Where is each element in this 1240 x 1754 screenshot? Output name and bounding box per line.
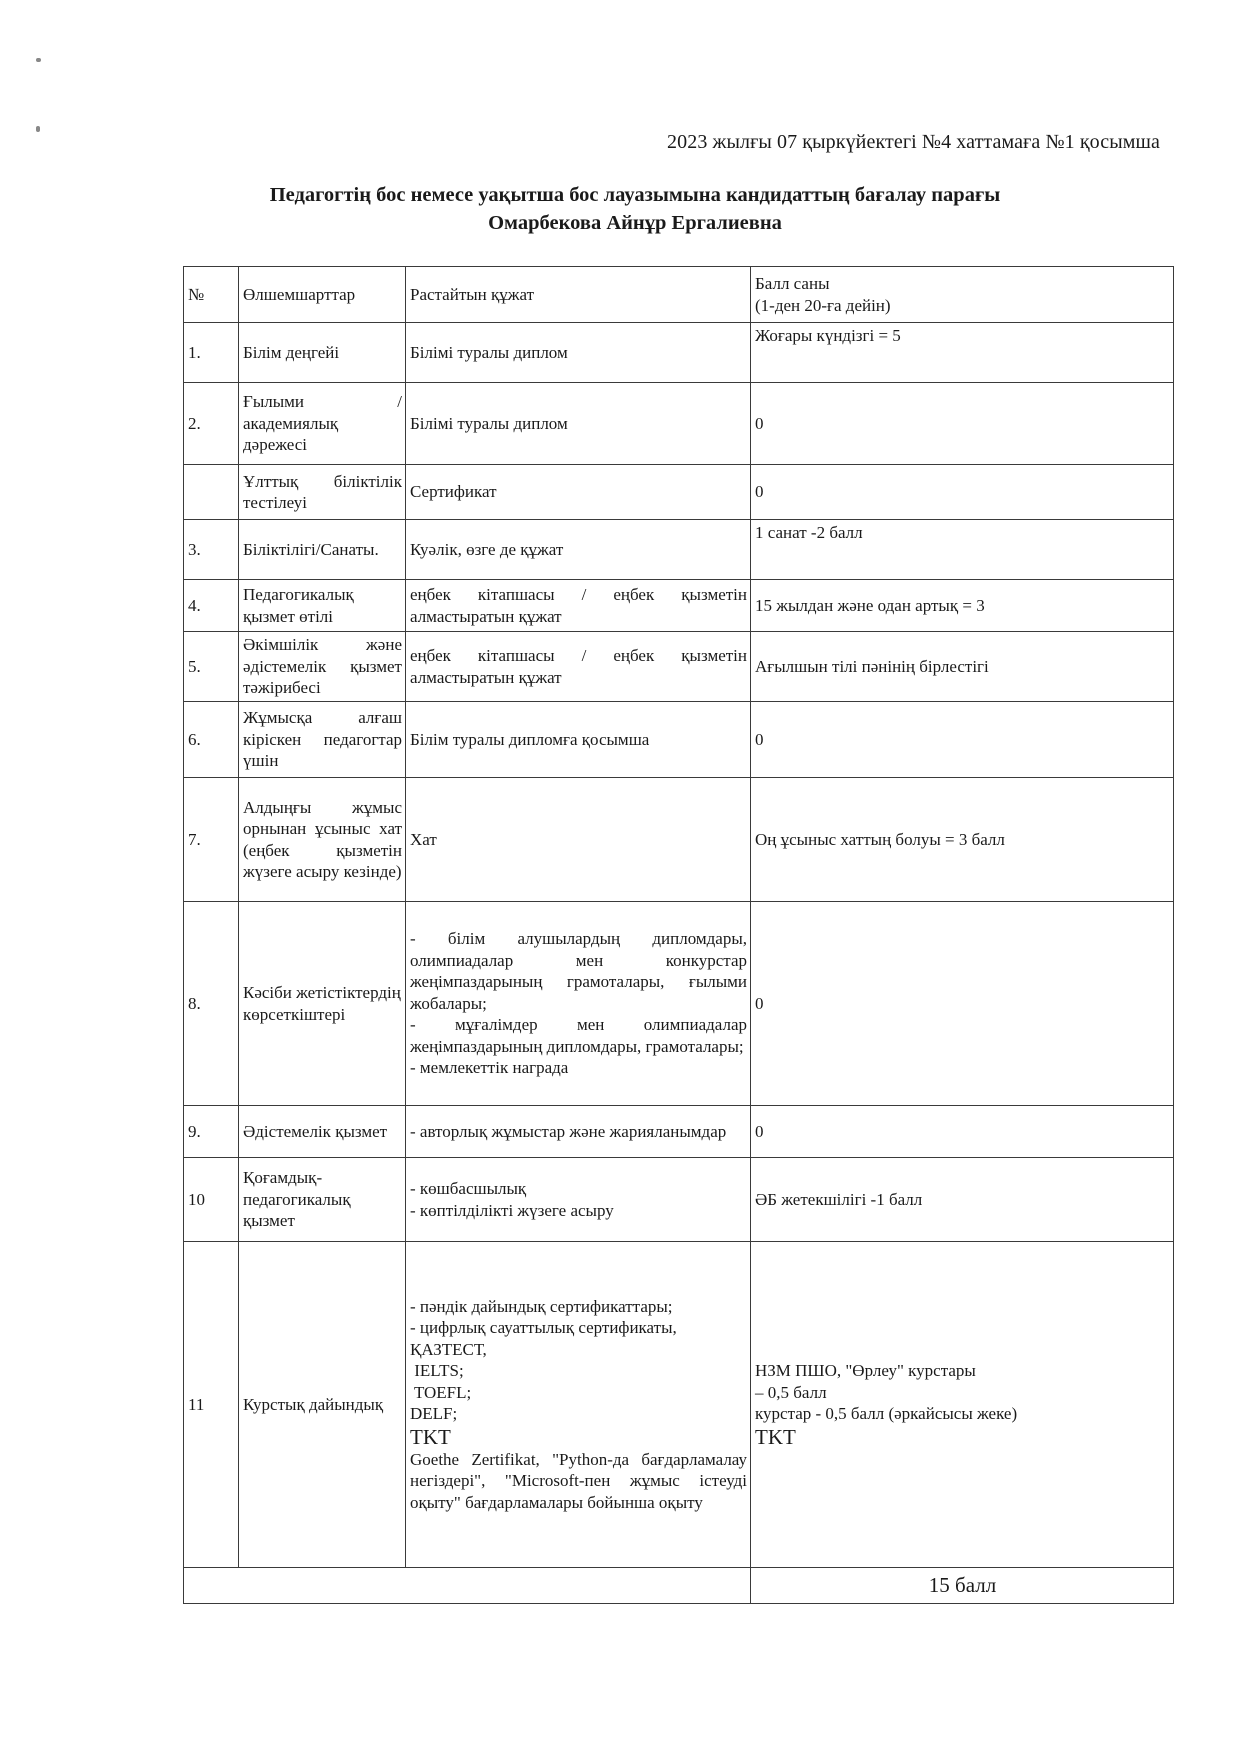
total-score: 15 балл — [751, 1568, 1174, 1604]
row-num: 11 — [184, 1242, 239, 1568]
row-document: Білімі туралы диплом — [406, 323, 751, 383]
table-row: 6. Жұмысқа алғаш кіріскен педагогтар үші… — [184, 702, 1174, 778]
row-criteria: Әкімшілік және әдістемелік қызмет тәжіри… — [239, 632, 406, 702]
table-row: 2. Ғылыми / академиялық дәрежесі Білімі … — [184, 383, 1174, 465]
row-criteria: Алдыңғы жұмыс орнынан ұсыныс хат (еңбек … — [239, 778, 406, 902]
header-criteria: Өлшемшарттар — [239, 267, 406, 323]
table-row: 11 Курстық дайындық - пәндік дайындық се… — [184, 1242, 1174, 1568]
row-num: 2. — [184, 383, 239, 465]
table-row: 1. Білім деңгейі Білімі туралы диплом Жо… — [184, 323, 1174, 383]
row-criteria: Біліктілігі/Санаты. — [239, 520, 406, 580]
annex-reference: 2023 жылғы 07 қыркүйектегі №4 хаттамаға … — [470, 131, 1160, 154]
row-document: еңбек кітапшасы / еңбек қызметін алмасты… — [406, 580, 751, 632]
evaluation-table: № Өлшемшарттар Растайтын құжат Балл саны… — [183, 266, 1174, 1604]
scan-mark — [36, 58, 41, 62]
row-num: 9. — [184, 1106, 239, 1158]
row-criteria: Қоғамдық-педагогикалық қызмет — [239, 1158, 406, 1242]
candidate-name: Омарбекова Айнұр Ергалиевна — [180, 209, 1090, 237]
row-document: Сертификат — [406, 465, 751, 520]
row-num: 6. — [184, 702, 239, 778]
row-score: НЗМ ПШО, "Өрлеу" курстары – 0,5 балл кур… — [751, 1242, 1174, 1568]
row-score: 1 санат -2 балл — [751, 520, 1174, 580]
total-label-cell — [184, 1568, 751, 1604]
table-row: 7. Алдыңғы жұмыс орнынан ұсыныс хат (еңб… — [184, 778, 1174, 902]
row-document: - білім алушылардың дипломдары, олимпиад… — [406, 902, 751, 1106]
table-row: 8. Кәсіби жетістіктердің көрсеткіштері -… — [184, 902, 1174, 1106]
row-criteria: Әдістемелік қызмет — [239, 1106, 406, 1158]
row-criteria: Ғылыми / академиялық дәрежесі — [239, 383, 406, 465]
row-criteria: Курстық дайындық — [239, 1242, 406, 1568]
row-num: 8. — [184, 902, 239, 1106]
scan-mark — [36, 126, 40, 132]
page-title: Педагогтің бос немесе уақытша бос лауазы… — [180, 181, 1090, 237]
row-num: 7. — [184, 778, 239, 902]
table-row: 4. Педагогикалық қызмет өтілі еңбек кіта… — [184, 580, 1174, 632]
header-document: Растайтын құжат — [406, 267, 751, 323]
row-criteria: Педагогикалық қызмет өтілі — [239, 580, 406, 632]
row-score: 0 — [751, 702, 1174, 778]
row-num: 3. — [184, 520, 239, 580]
row-num — [184, 465, 239, 520]
row-score: Жоғары күндізгі = 5 — [751, 323, 1174, 383]
row-num: 5. — [184, 632, 239, 702]
row-document: - көшбасшылық - көптілділікті жүзеге асы… — [406, 1158, 751, 1242]
table-row: 9. Әдістемелік қызмет - авторлық жұмыста… — [184, 1106, 1174, 1158]
table-row: 3. Біліктілігі/Санаты. Куәлік, өзге де қ… — [184, 520, 1174, 580]
row-criteria: Ұлттық біліктілік тестілеуі — [239, 465, 406, 520]
row-num: 4. — [184, 580, 239, 632]
row-document: Білімі туралы диплом — [406, 383, 751, 465]
header-num: № — [184, 267, 239, 323]
row-document: еңбек кітапшасы / еңбек қызметін алмасты… — [406, 632, 751, 702]
row-document: - пәндік дайындық сертификаттары; - цифр… — [406, 1242, 751, 1568]
header-score: Балл саны (1-ден 20-ға дейін) — [751, 267, 1174, 323]
row-score: 0 — [751, 902, 1174, 1106]
table-header-row: № Өлшемшарттар Растайтын құжат Балл саны… — [184, 267, 1174, 323]
row-criteria: Жұмысқа алғаш кіріскен педагогтар үшін — [239, 702, 406, 778]
row-score: Оң ұсыныс хаттың болуы = 3 балл — [751, 778, 1174, 902]
row-criteria: Білім деңгейі — [239, 323, 406, 383]
row-score: 0 — [751, 1106, 1174, 1158]
row-document: Хат — [406, 778, 751, 902]
row-score: 0 — [751, 383, 1174, 465]
row-document: Куәлік, өзге де құжат — [406, 520, 751, 580]
table-row: Ұлттық біліктілік тестілеуі Сертификат 0 — [184, 465, 1174, 520]
table-row: 10 Қоғамдық-педагогикалық қызмет - көшба… — [184, 1158, 1174, 1242]
row-document: Білім туралы дипломға қосымша — [406, 702, 751, 778]
row-score: Ағылшын тілі пәнінің бірлестігі — [751, 632, 1174, 702]
row-score: 15 жылдан және одан артық = 3 — [751, 580, 1174, 632]
row-score: 0 — [751, 465, 1174, 520]
row-num: 10 — [184, 1158, 239, 1242]
title-line: Педагогтің бос немесе уақытша бос лауазы… — [180, 181, 1090, 209]
row-score: ӘБ жетекшілігі -1 балл — [751, 1158, 1174, 1242]
row-criteria: Кәсіби жетістіктердің көрсеткіштері — [239, 902, 406, 1106]
row-num: 1. — [184, 323, 239, 383]
row-document: - авторлық жұмыстар және жарияланымдар — [406, 1106, 751, 1158]
total-row: 15 балл — [184, 1568, 1174, 1604]
table-row: 5. Әкімшілік және әдістемелік қызмет тәж… — [184, 632, 1174, 702]
